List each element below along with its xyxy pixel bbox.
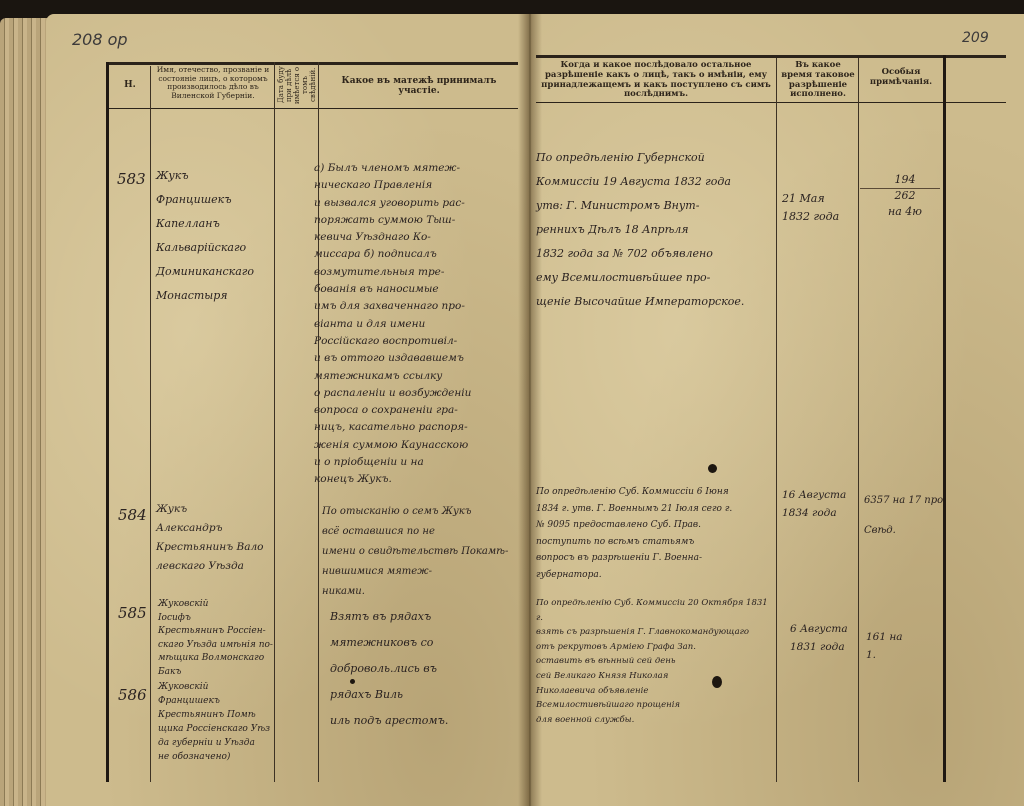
entry-583-number: 583 [117, 170, 146, 188]
entry-584-notes: 6357 на 17 про Свѣд. [864, 486, 1014, 546]
right-folio-number: 209 [962, 30, 989, 46]
right-top-rule [536, 55, 1006, 58]
entry-584-number: 584 [118, 506, 147, 524]
right-col-divider-2 [858, 58, 859, 782]
right-header-bottom-rule [536, 102, 1006, 103]
header-number: Н. [112, 80, 148, 90]
header-name: Имя, отечество, прозваніе и состояніе ли… [154, 66, 272, 101]
entry-584-resolution: По опредѣленію Суб. Коммиссіи 6 Іюня 183… [536, 484, 776, 583]
entry-583-name: Жукъ Францишекъ Капелланъ Кальварійскаго… [156, 164, 276, 308]
entry-586-name: Жуковскій Францишекъ Крестьянинъ Помѣ щи… [158, 680, 276, 764]
entry-584-name: Жукъ Александръ Крестьянинъ Вало левскаг… [156, 500, 276, 576]
header-notes: Особыя примѣчанія. [860, 68, 942, 88]
ink-blot [708, 464, 717, 473]
ink-blot [350, 679, 355, 684]
left-folio-number: 208 ор [72, 30, 128, 49]
right-col-divider-1 [776, 58, 777, 782]
ink-blot [712, 676, 722, 688]
entry-583-fraction-line [860, 188, 940, 189]
entry-585-participation: Взятъ въ рядахъ мятежниковъ со доброволь… [330, 604, 520, 734]
entry-583-resolution: По опредѣленію Губернской Коммиссіи 19 А… [536, 146, 776, 314]
entry-585-name: Жуковскій Іосифъ Крестьянинъ Россіен- ск… [158, 598, 276, 679]
entry-583-participation: а) Былъ членомъ мятеж- ническаго Правлен… [314, 160, 520, 489]
entry-585-resolution: По опредѣленію Суб. Коммиссіи 20 Октября… [536, 596, 776, 727]
left-col-divider-1 [150, 66, 151, 782]
header-executed-when: Въ какое время таковое разрѣшеніе исполн… [779, 61, 857, 100]
entry-584-executed-when: 16 Августа 1834 года [782, 486, 856, 522]
entry-586-number: 586 [118, 686, 147, 704]
header-case-date: Дата буду при дѣлѣ имѣется о томъ свѣдѣн… [277, 64, 317, 106]
entry-585-executed-when: 6 Августа 1831 года [790, 620, 856, 656]
header-resolution: Когда и какое послѣдовало остальное разр… [538, 61, 774, 100]
left-header-bottom-rule [106, 108, 518, 109]
entry-583-executed-when: 21 Мая 1832 года [782, 190, 856, 226]
left-outer-border [106, 62, 109, 782]
entry-583-notes: 194 262 на 4ю [872, 172, 938, 220]
entry-585-notes: 161 на 1. [866, 628, 936, 664]
right-outer-border [943, 55, 946, 782]
entry-585-number: 585 [118, 604, 147, 622]
entry-584-participation: По отысканію о семъ Жукъ всё оставшися п… [322, 502, 522, 602]
header-participation: Какое въ матежѣ принималъ участіе. [322, 76, 516, 97]
open-register-book: 208 ор 209 Н. Имя, отечество, прозваніе … [0, 0, 1024, 806]
